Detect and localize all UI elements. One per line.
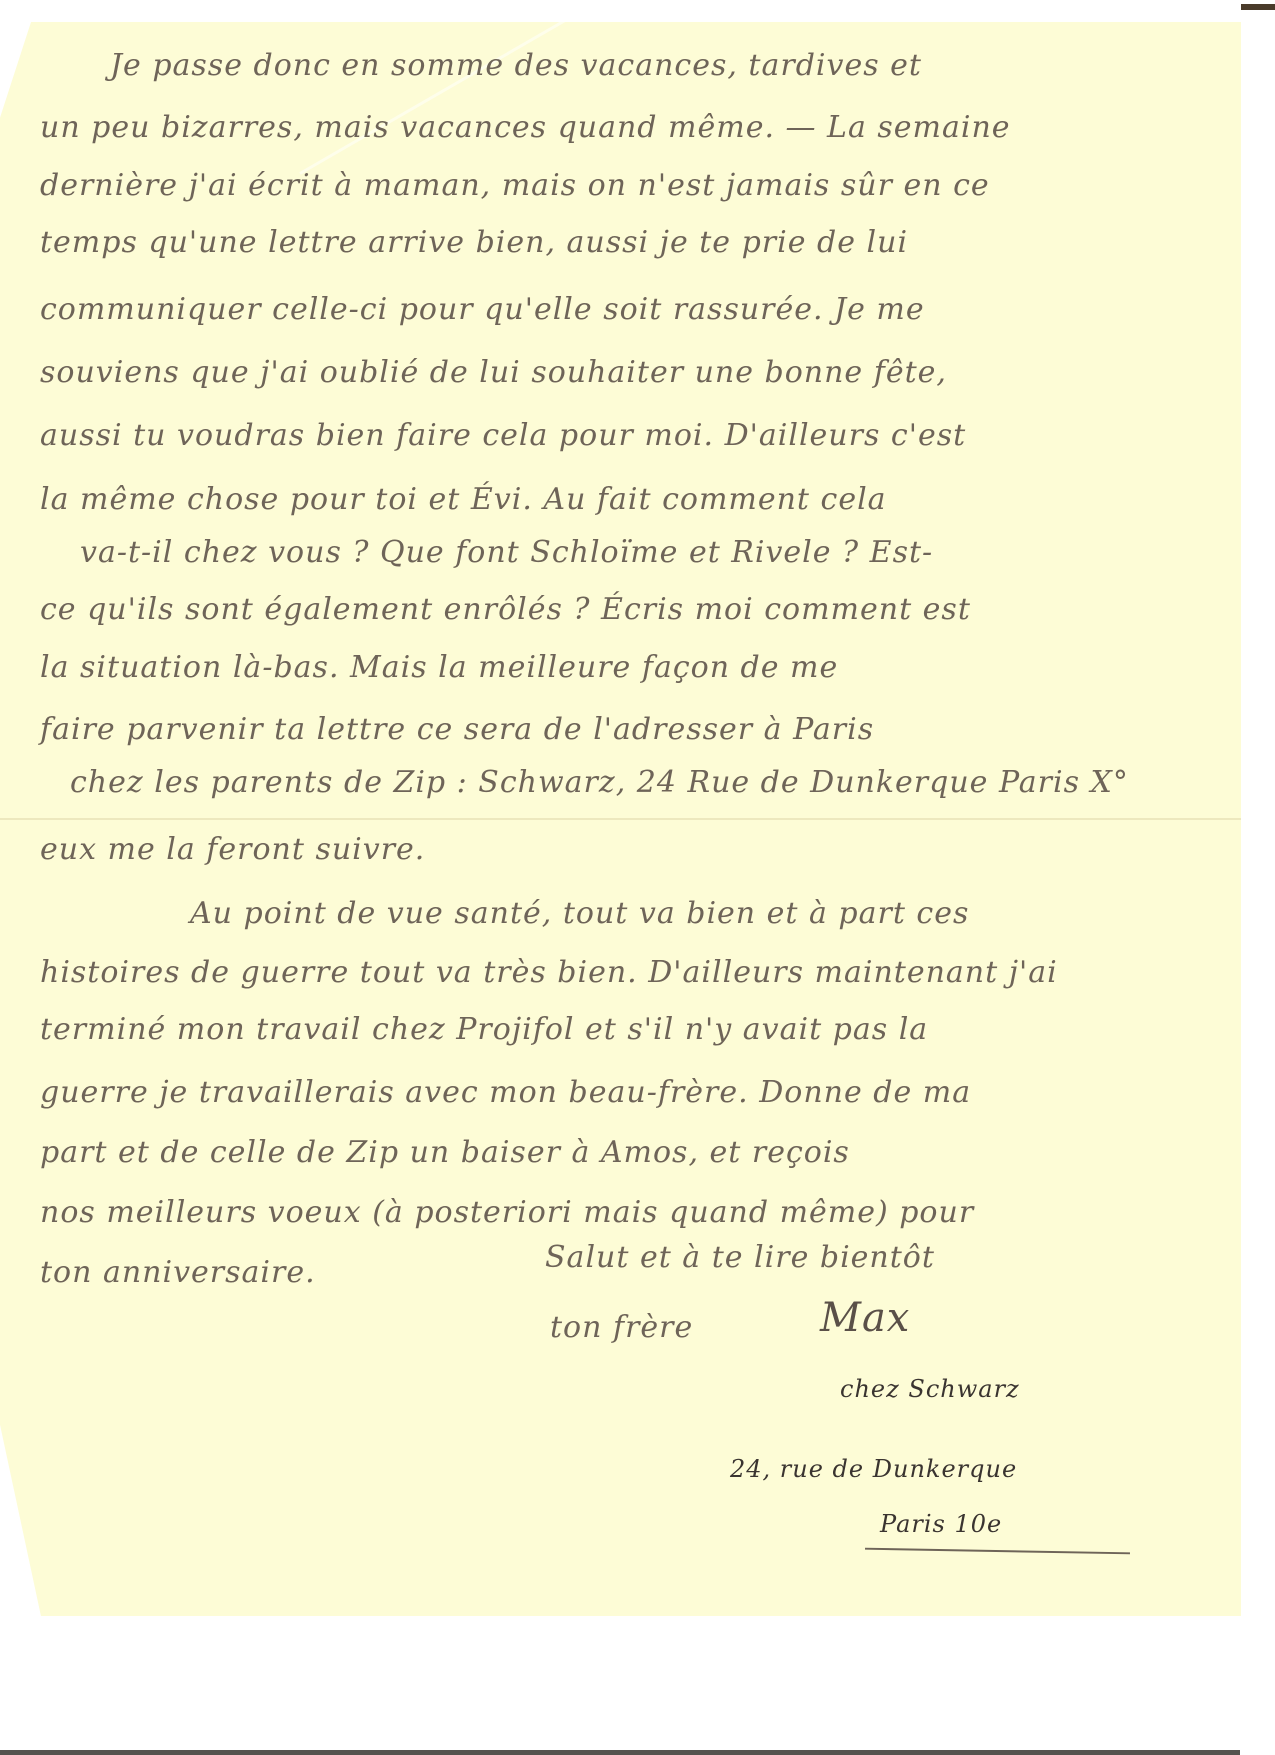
return-address-line3: Paris 10e <box>880 1510 1002 1538</box>
letter-line: va-t-il chez vous ? Que font Schloïme et… <box>80 535 933 570</box>
diagonal-crease <box>299 0 907 175</box>
letter-line: dernière j'ai écrit à maman, mais on n'e… <box>40 168 990 203</box>
signature-prefix: ton frère <box>550 1310 693 1345</box>
letter-line: la situation là-bas. Mais la meilleure f… <box>40 650 838 685</box>
letter-paper <box>0 22 1241 1616</box>
return-address-line1: chez Schwarz <box>840 1375 1020 1403</box>
return-address-line2: 24, rue de Dunkerque <box>730 1455 1017 1483</box>
letter-line: histoires de guerre tout va très bien. D… <box>40 955 1058 990</box>
letter-line: un peu bizarres, mais vacances quand mêm… <box>40 110 1011 145</box>
letter-line: guerre je travaillerais avec mon beau-fr… <box>40 1075 971 1110</box>
letter-line: faire parvenir ta lettre ce sera de l'ad… <box>40 712 874 747</box>
horizontal-fold-crease <box>0 818 1241 820</box>
scan-edge-strip <box>1241 4 1275 10</box>
letter-line: la même chose pour toi et Évi. Au fait c… <box>40 482 887 517</box>
letter-line: Je passe donc en somme des vacances, tar… <box>110 48 922 83</box>
letter-line: communiquer celle-ci pour qu'elle soit r… <box>40 292 925 327</box>
letter-line: aussi tu voudras bien faire cela pour mo… <box>40 418 966 453</box>
letter-line: part et de celle de Zip un baiser à Amos… <box>40 1135 850 1170</box>
closing-line: Salut et à te lire bientôt <box>545 1240 935 1275</box>
letter-line: terminé mon travail chez Projifol et s'i… <box>40 1012 928 1047</box>
letter-line: Au point de vue santé, tout va bien et à… <box>190 896 969 931</box>
letter-line: ton anniversaire. <box>40 1255 316 1290</box>
scan-bottom-edge <box>0 1750 1240 1755</box>
letter-line: chez les parents de Zip : Schwarz, 24 Ru… <box>70 765 1129 800</box>
letter-line: nos meilleurs voeux (à posteriori mais q… <box>40 1195 974 1230</box>
letter-line: ce qu'ils sont également enrôlés ? Écris… <box>40 592 971 627</box>
letter-line: temps qu'une lettre arrive bien, aussi j… <box>40 225 908 260</box>
letter-line: souviens que j'ai oublié de lui souhaite… <box>40 355 947 390</box>
letter-line: eux me la feront suivre. <box>40 832 425 867</box>
signature: Max <box>820 1295 910 1341</box>
